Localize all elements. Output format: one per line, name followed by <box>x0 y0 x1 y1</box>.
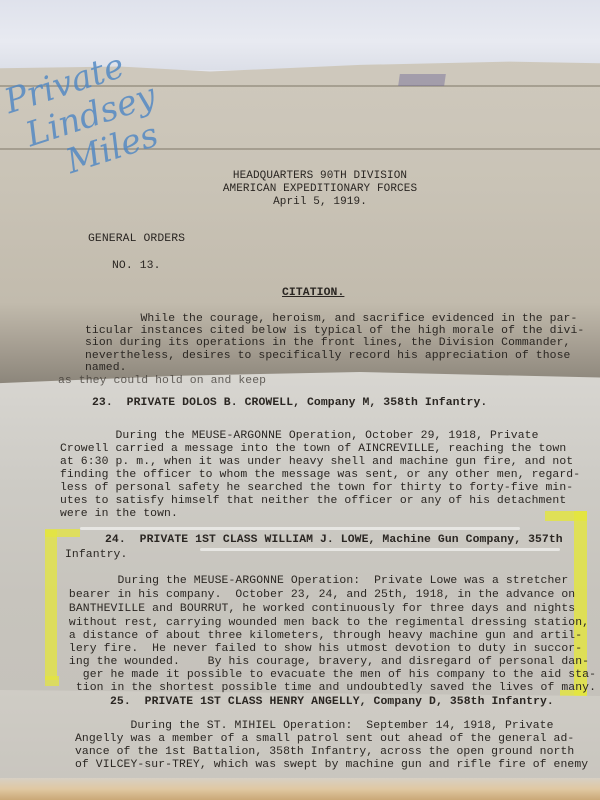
entry-line: lery fire. He never failed to show his u… <box>62 643 582 655</box>
entry-line: less of personal safety he searched the … <box>60 482 573 494</box>
highlighter-bracket <box>45 676 59 686</box>
entry-line: were in the town. <box>60 508 178 520</box>
intro-line: While the courage, heroism, and sacrific… <box>85 313 577 325</box>
entry-line: ing the wounded. By his courage, bravery… <box>62 656 589 668</box>
entry-line: utes to satisfy himself that neither the… <box>60 495 566 507</box>
entry-line: ger he made it possible to evacuate the … <box>62 669 596 681</box>
entry-line: without rest, carrying wounded men back … <box>62 617 589 629</box>
hq-heading-line1: HEADQUARTERS 90TH DIVISION <box>170 170 470 182</box>
entry-line: at 6:30 p. m., when it was under heavy s… <box>60 456 573 468</box>
entry-line: During the MEUSE-ARGONNE Operation, Octo… <box>60 430 539 442</box>
intro-line: sion during its operations in the front … <box>85 337 570 349</box>
entry-line: Angelly was a member of a small patrol s… <box>75 733 574 745</box>
entry-line: During the ST. MIHIEL Operation: Septemb… <box>75 720 554 732</box>
entry-heading: 25. PRIVATE 1ST CLASS HENRY ANGELLY, Com… <box>110 696 554 708</box>
entry-line: bearer in his company. October 23, 24, a… <box>62 589 575 601</box>
entry-line: finding the officer to whom the message … <box>60 469 580 481</box>
entry-line: vance of the 1st Battalion, 358th Infant… <box>75 746 574 758</box>
ink-stamp-mark <box>398 74 446 86</box>
entry-heading: 24. PRIVATE 1ST CLASS WILLIAM J. LOWE, M… <box>105 534 563 546</box>
hq-heading-line2: AMERICAN EXPEDITIONARY FORCES <box>170 183 470 195</box>
entry-line: of VILCEY-sur-TREY, which was swept by m… <box>75 759 588 771</box>
intro-line: ticular instances cited below is typical… <box>85 325 584 337</box>
entry-heading-continued: Infantry. <box>65 549 127 561</box>
document-date: April 5, 1919. <box>170 196 470 208</box>
document-bottom-edge <box>0 778 600 800</box>
intro-line: named. <box>85 362 127 374</box>
paper-wrinkle <box>80 527 520 530</box>
entry-heading: 23. PRIVATE DOLOS B. CROWELL, Company M,… <box>92 397 487 409</box>
intro-line: nevertheless, desires to specifically re… <box>85 350 570 362</box>
entry-line: BANTHEVILLE and BOURRUT, he worked conti… <box>62 603 575 615</box>
highlighter-bracket <box>45 530 57 680</box>
entry-line: During the MEUSE-ARGONNE Operation: Priv… <box>62 575 568 587</box>
citation-title: CITATION. <box>282 287 344 299</box>
entry-line: Crowell carried a message into the town … <box>60 443 566 455</box>
order-number: NO. 13. <box>112 260 161 272</box>
paper-wrinkle <box>200 548 560 551</box>
general-orders-label: GENERAL ORDERS <box>88 233 185 245</box>
underlying-text-fragment: as they could hold on and keep <box>58 375 266 387</box>
entry-line: a distance of about three kilometers, th… <box>62 630 582 642</box>
